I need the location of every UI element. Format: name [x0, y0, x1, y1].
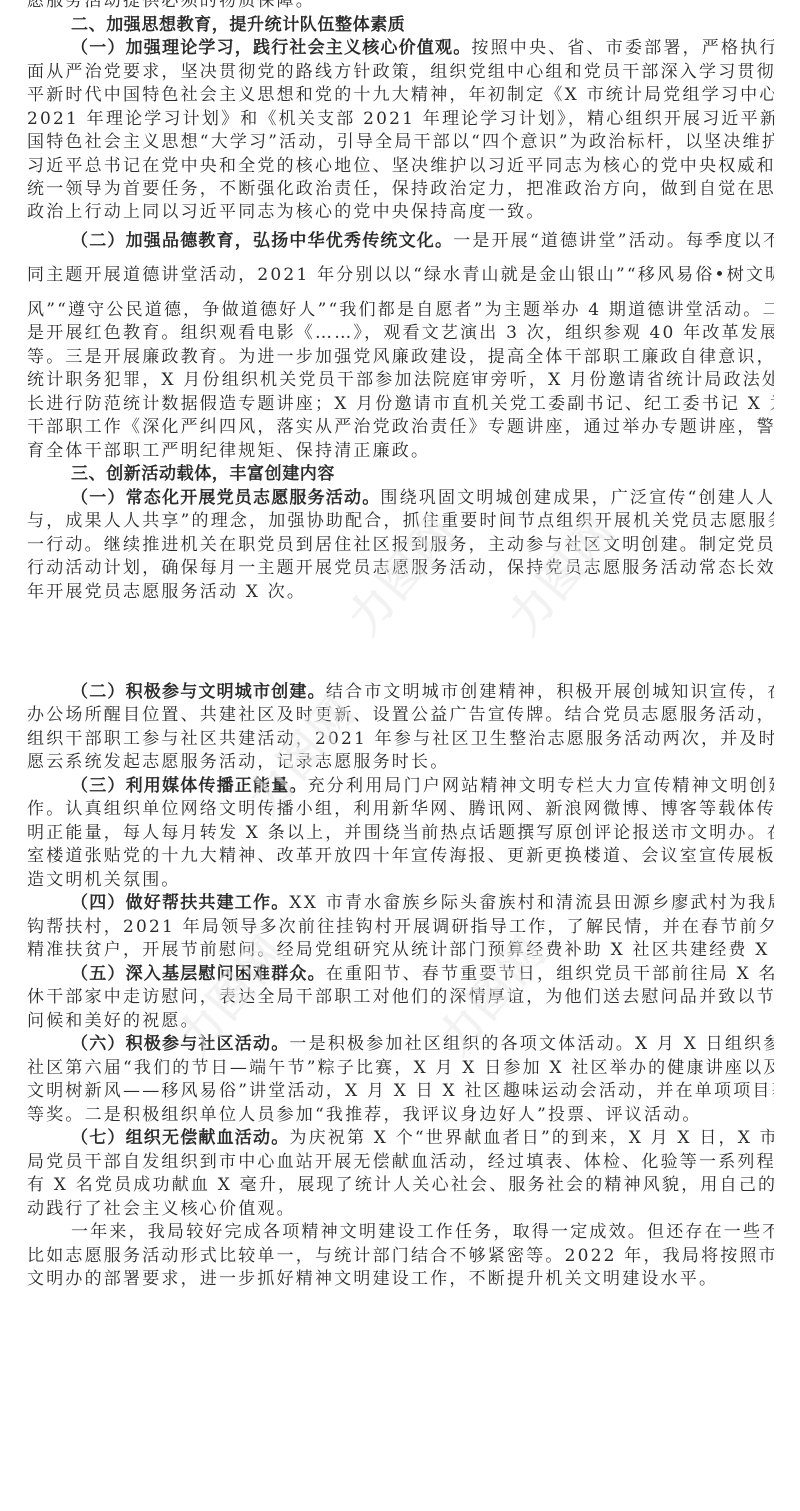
paragraph-line: 是开展红色教育。组织观看电影《……》，观看文艺演出 3 次，组织参观 40 年改…: [27, 321, 774, 345]
paragraph-line: 长进行防范统计数据假造专题讲座；X 月份邀请市直机关党工委副书记、纪工委书记 X…: [27, 392, 774, 416]
line-text: 行动活动计划，确保每月一主题开展党员志愿服务活动，保持党员志愿服务活动常态长效。…: [27, 558, 774, 578]
paragraph-line: （一）常态化开展党员志愿服务活动。围绕巩固文明城创建成果，广泛宣传“创建人人参: [71, 486, 774, 510]
line-text: 等。三是开展廉政教育。为进一步加强党风廉政建设，提高全体干部职工廉政自律意识，防…: [27, 347, 774, 367]
line-text: 一是开展“道德讲堂”活动。每季度以不: [453, 231, 774, 251]
heading-text: 二、加强思想教育，提升统计队伍整体素质: [71, 15, 405, 35]
line-text: 作。认真组织单位网络文明传播小组，利用新华网、腾讯网、新浪网微博、博客等载体传播…: [27, 799, 774, 819]
line-text: 结合市文明城市创建精神，积极开展创城知识宣传，在局: [326, 682, 774, 702]
paragraph-line: 面从严治党要求，坚决贯彻党的路线方针政策，组织党组中心组和党员干部深入学习贯彻习…: [27, 60, 774, 84]
paragraph-line: （二）积极参与文明城市创建。结合市文明城市创建精神，积极开展创城知识宣传，在局: [71, 680, 774, 704]
paragraph-line: （六）积极参与社区活动。一是积极参加社区组织的各项文体活动。X 月 X 日组织参…: [71, 1032, 774, 1056]
line-text: 与，成果人人共享”的理念，加强协助配合，抓住重要时间节点组织开展机关党员志愿服务…: [27, 511, 774, 531]
line-text: 平新时代中国特色社会主义思想和党的十九大精神，年初制定《X 市统计局党组学习中心…: [27, 85, 774, 105]
paragraph-line: 统计职务犯罪，X 月份组织机关党员干部参加法院庭审旁听，X 月份邀请省统计局政法…: [27, 368, 774, 392]
line-text: 一是积极参加社区组织的各项文体活动。X 月 X 日组织参加 X: [289, 1034, 774, 1054]
line-text: 问候和美好的祝愿。: [27, 1011, 200, 1031]
line-text: 局党员干部自发组织到市中心血站开展无偿献血活动，经过填表、体检、化验等一系列程序…: [27, 1152, 774, 1172]
line-text: 充分利用局门户网站精神文明专栏大力宣传精神文明创建工: [308, 776, 774, 796]
line-text: 文明办的部署要求，进一步抓好精神文明建设工作，不断提升机关文明建设水平。: [27, 1269, 718, 1289]
paragraph-line: 休干部家中走访慰问，表达全局干部职工对他们的深情厚谊，为他们送去慰问品并致以节日…: [27, 985, 774, 1009]
subsection-title: （二）积极参与文明城市创建。: [71, 682, 326, 702]
line-text: 有 X 名党员成功献血 X 毫升，展现了统计人关心社会、服务社会的精神风貌，用自…: [27, 1175, 774, 1195]
paragraph-line: 2021 年理论学习计划》和《机关支部 2021 年理论学习计划》，精心组织开展…: [27, 107, 774, 131]
paragraph-line: （七）组织无偿献血活动。为庆祝第 X 个“世界献血者日”的到来，X 月 X 日，…: [71, 1126, 774, 1150]
line-text: 面从严治党要求，坚决贯彻党的路线方针政策，组织党组中心组和党员干部深入学习贯彻习…: [27, 62, 774, 82]
line-text: 文明树新风——移风易俗”讲堂活动，X 月 X 日 X 社区趣味运动会活动，并在单…: [27, 1081, 774, 1101]
subsection-title: （六）积极参与社区活动。: [71, 1034, 289, 1054]
line-text: 统一领导为首要任务，不断强化政治责任，保持政治定力，把准政治方向，做到自觉在思想…: [27, 179, 774, 199]
line-text: 造文明机关氛围。: [27, 870, 181, 890]
paragraph-line: 干部职工作《深化严纠四风，落实从严治党政治责任》专题讲座，通过举办专题讲座，警示…: [27, 415, 774, 439]
paragraph-line: （四）做好帮扶共建工作。XX 市青水畲族乡际头畲族村和清流县田源乡廖武村为我局挂: [71, 891, 774, 915]
paragraph-line: 文明树新风——移风易俗”讲堂活动，X 月 X 日 X 社区趣味运动会活动，并在单…: [27, 1079, 774, 1103]
paragraph-line: 有 X 名党员成功献血 X 毫升，展现了统计人关心社会、服务社会的精神风貌，用自…: [27, 1173, 774, 1197]
section-heading: 二、加强思想教育，提升统计队伍整体素质: [71, 13, 774, 37]
line-text: 组织干部职工参与社区共建活动，2021 年参与社区卫生整治志愿服务活动两次，并及…: [27, 729, 774, 749]
paragraph-line: 愿云系统发起志愿服务活动，记录志愿服务时长。: [27, 750, 774, 774]
line-text: 统计职务犯罪，X 月份组织机关党员干部参加法院庭审旁听，X 月份邀请省统计局政法…: [27, 370, 774, 390]
paragraph-line: 育全体干部职工严明纪律规矩、保持清正廉政。: [27, 439, 774, 463]
paragraph-line: （三）利用媒体传播正能量。充分利用局门户网站精神文明专栏大力宣传精神文明创建工: [71, 774, 774, 798]
line-text: 2021 年理论学习计划》和《机关支部 2021 年理论学习计划》，精心组织开展…: [27, 109, 774, 129]
paragraph-line: 组织干部职工参与社区共建活动，2021 年参与社区卫生整治志愿服务活动两次，并及…: [27, 727, 774, 751]
line-text: 愿云系统发起志愿服务活动，记录志愿服务时长。: [27, 752, 449, 772]
paragraph-line: 动践行了社会主义核心价值观。: [27, 1197, 774, 1221]
line-text: 长进行防范统计数据假造专题讲座；X 月份邀请市直机关党工委副书记、纪工委书记 X…: [27, 394, 774, 414]
paragraph-line: 文明办的部署要求，进一步抓好精神文明建设工作，不断提升机关文明建设水平。: [27, 1267, 774, 1291]
paragraph-line: 行动活动计划，确保每月一主题开展党员志愿服务活动，保持党员志愿服务活动常态长效。…: [27, 556, 774, 580]
paragraph-line: 办公场所醒目位置、共建社区及时更新、设置公益广告宣传牌。结合党员志愿服务活动，积…: [27, 703, 774, 727]
subsection-title: （二）加强品德教育，弘扬中华优秀传统文化。: [71, 231, 453, 251]
paragraph-line: 造文明机关氛围。: [27, 868, 774, 892]
paragraph-line: 同主题开展道德讲堂活动，2021 年分别以以“绿水青山就是金山银山”“移风易俗•…: [27, 263, 774, 287]
line-text: 在重阳节、春节重要节日，组织党员干部前往局 X 名离退: [326, 964, 774, 984]
line-text: 愿服务活动提供必须的物质保障。: [27, 0, 315, 11]
paragraph-line: 与，成果人人共享”的理念，加强协助配合，抓住重要时间节点组织开展机关党员志愿服务…: [27, 509, 774, 533]
line-text: 办公场所醒目位置、共建社区及时更新、设置公益广告宣传牌。结合党员志愿服务活动，积…: [27, 705, 774, 725]
subsection-title: （四）做好帮扶共建工作。: [71, 893, 289, 913]
paragraph-line: 平新时代中国特色社会主义思想和党的十九大精神，年初制定《X 市统计局党组学习中心…: [27, 83, 774, 107]
line-text: 年开展党员志愿服务活动 X 次。: [27, 582, 306, 602]
line-text: 一年来，我局较好完成各项精神文明建设工作任务，取得一定成效。但还存在一些不足，: [71, 1222, 774, 1242]
line-text: 社区第六届“我们的节日—端午节”粽子比赛，X 月 X 日参加 X 社区举办的健康…: [27, 1058, 774, 1078]
line-text: 围绕巩固文明城创建成果，广泛宣传“创建人人参: [380, 488, 774, 508]
heading-text: 三、创新活动载体，丰富创建内容: [71, 464, 335, 484]
paragraph-line: 钩帮扶村，2021 年局领导多次前往挂钩村开展调研指导工作，了解民情，并在春节前…: [27, 915, 774, 939]
line-text: 干部职工作《深化严纠四风，落实从严治党政治责任》专题讲座，通过举办专题讲座，警示…: [27, 417, 774, 437]
line-text: 休干部家中走访慰问，表达全局干部职工对他们的深情厚谊，为他们送去慰问品并致以节日…: [27, 987, 774, 1007]
line-text: 按照中央、省、市委部署，严格执行全: [471, 38, 774, 58]
paragraph-line: 室楼道张贴党的十九大精神、改革开放四十年宣传海报、更新更换楼道、会议室宣传展板，…: [27, 844, 774, 868]
paragraph-line: （五）深入基层慰问困难群众。在重阳节、春节重要节日，组织党员干部前往局 X 名离…: [71, 962, 774, 986]
paragraph-line: 国特色社会主义思想“大学习”活动，引导全局干部以“四个意识”为政治标杆，以坚决维…: [27, 130, 774, 154]
paragraph-line: 统一领导为首要任务，不断强化政治责任，保持政治定力，把准政治方向，做到自觉在思想…: [27, 177, 774, 201]
paragraph-line: 政治上行动上同以习近平同志为核心的党中央保持高度一致。: [27, 200, 774, 224]
subsection-title: （三）利用媒体传播正能量。: [71, 776, 308, 796]
line-text: XX 市青水畲族乡际头畲族村和清流县田源乡廖武村为我局挂: [289, 893, 774, 913]
paragraph-line: 愿服务活动提供必须的物质保障。: [27, 0, 774, 13]
line-text: 精准扶贫户，开展节前慰问。经局党组研究从统计部门预算经费补助 X 社区共建经费 …: [27, 940, 774, 960]
line-text: 风”“遵守公民道德，争做道德好人”“我们都是自愿者”为主题举办 4 期道德讲堂活…: [27, 300, 774, 320]
paragraph-line: 问候和美好的祝愿。: [27, 1009, 774, 1033]
line-text: 等奖。二是积极组织单位人员参加“我推荐，我评议身边好人”投票、评议活动。: [27, 1105, 702, 1125]
line-text: 为庆祝第 X 个“世界献血者日”的到来，X 月 X 日，X 市统计: [289, 1128, 774, 1148]
line-text: 钩帮扶村，2021 年局领导多次前往挂钩村开展调研指导工作，了解民情，并在春节前…: [27, 917, 774, 937]
paragraph-line: 作。认真组织单位网络文明传播小组，利用新华网、腾讯网、新浪网微博、博客等载体传播…: [27, 797, 774, 821]
paragraph-line: 等奖。二是积极组织单位人员参加“我推荐，我评议身边好人”投票、评议活动。: [27, 1103, 774, 1127]
line-text: 政治上行动上同以习近平同志为核心的党中央保持高度一致。: [27, 202, 545, 222]
line-text: 比如志愿服务活动形式比较单一，与统计部门结合不够紧密等。2022 年，我局将按照…: [27, 1246, 774, 1266]
subsection-title: （七）组织无偿献血活动。: [71, 1128, 289, 1148]
paragraph-line: 年开展党员志愿服务活动 X 次。: [27, 580, 774, 604]
paragraph-line: 等。三是开展廉政教育。为进一步加强党风廉政建设，提高全体干部职工廉政自律意识，防…: [27, 345, 774, 369]
subsection-title: （五）深入基层慰问困难群众。: [71, 964, 326, 984]
paragraph-line: （二）加强品德教育，弘扬中华优秀传统文化。一是开展“道德讲堂”活动。每季度以不: [71, 229, 774, 253]
line-text: 国特色社会主义思想“大学习”活动，引导全局干部以“四个意识”为政治标杆，以坚决维…: [27, 132, 774, 152]
line-text: 明正能量，每人每月转发 X 条以上，并围绕当前热点话题撰写原创评论报送市文明办。…: [27, 823, 774, 843]
section-heading: 三、创新活动载体，丰富创建内容: [71, 462, 774, 486]
paragraph-line: 一行动。继续推进机关在职党员到居住社区报到服务，主动参与社区文明创建。制定党员服…: [27, 533, 774, 557]
line-text: 育全体干部职工严明纪律规矩、保持清正廉政。: [27, 441, 430, 461]
line-text: 习近平总书记在党中央和全党的核心地位、坚决维护以习近平同志为核心的党中央权威和集…: [27, 156, 774, 176]
line-text: 同主题开展道德讲堂活动，2021 年分别以以“绿水青山就是金山银山”“移风易俗•…: [27, 265, 774, 285]
paragraph-line: 风”“遵守公民道德，争做道德好人”“我们都是自愿者”为主题举办 4 期道德讲堂活…: [27, 298, 774, 322]
paragraph-line: 比如志愿服务活动形式比较单一，与统计部门结合不够紧密等。2022 年，我局将按照…: [27, 1244, 774, 1268]
paragraph-line: 习近平总书记在党中央和全党的核心地位、坚决维护以习近平同志为核心的党中央权威和集…: [27, 154, 774, 178]
paragraph-line: 明正能量，每人每月转发 X 条以上，并围绕当前热点话题撰写原创评论报送市文明办。…: [27, 821, 774, 845]
line-text: 一行动。继续推进机关在职党员到居住社区报到服务，主动参与社区文明创建。制定党员服…: [27, 535, 774, 555]
subsection-title: （一）加强理论学习，践行社会主义核心价值观。: [71, 38, 471, 58]
subsection-title: （一）常态化开展党员志愿服务活动。: [71, 488, 380, 508]
paragraph-line: （一）加强理论学习，践行社会主义核心价值观。按照中央、省、市委部署，严格执行全: [71, 36, 774, 60]
paragraph-line: 社区第六届“我们的节日—端午节”粽子比赛，X 月 X 日参加 X 社区举办的健康…: [27, 1056, 774, 1080]
line-text: 是开展红色教育。组织观看电影《……》，观看文艺演出 3 次，组织参观 40 年改…: [27, 323, 774, 343]
line-text: 室楼道张贴党的十九大精神、改革开放四十年宣传海报、更新更换楼道、会议室宣传展板，…: [27, 846, 774, 866]
paragraph-line: 局党员干部自发组织到市中心血站开展无偿献血活动，经过填表、体检、化验等一系列程序…: [27, 1150, 774, 1174]
line-text: 动践行了社会主义核心价值观。: [27, 1199, 296, 1219]
paragraph-line: 精准扶贫户，开展节前慰问。经局党组研究从统计部门预算经费补助 X 社区共建经费 …: [27, 938, 774, 962]
paragraph-line: 一年来，我局较好完成各项精神文明建设工作任务，取得一定成效。但还存在一些不足，: [71, 1220, 774, 1244]
